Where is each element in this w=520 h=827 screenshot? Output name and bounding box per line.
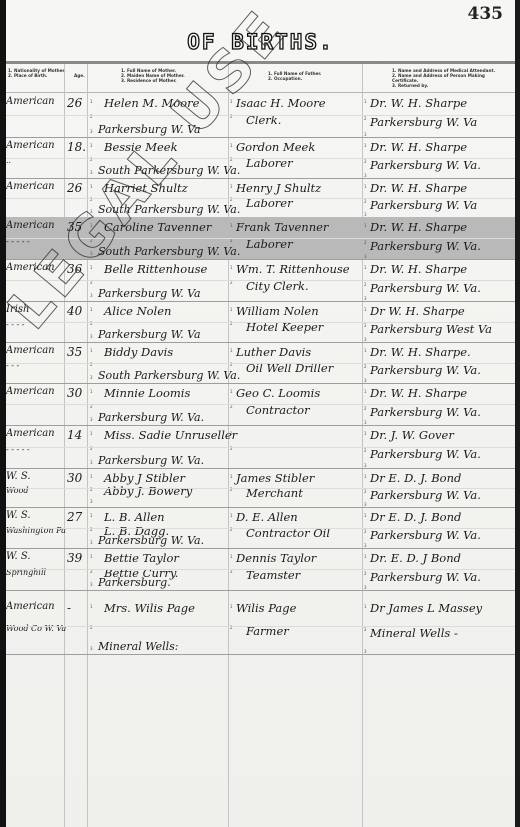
mother-name-cell: Alice Nolen (104, 304, 171, 318)
father-name-cell: Isaac H. Moore (236, 96, 326, 110)
residence-cell: Parkersburg W. Va (98, 328, 201, 341)
attendant-cell: Dr. W. H. Sharpe (370, 181, 467, 195)
line-number-marker: 1 (230, 265, 233, 270)
attendant-cell: Dr. W. H. Sharpe (370, 262, 467, 276)
residence-cell: South Parkersburg W. Va. (98, 164, 240, 177)
occupation-cell: Contractor (246, 403, 310, 417)
occupation-cell: Laborer (246, 237, 293, 251)
line-number-marker: 3 (90, 170, 93, 175)
header-attendant: 1. Name and Address of Medical Attendant… (392, 68, 512, 88)
line-number-marker: 2 (364, 323, 367, 328)
line-number-marker: 1 (230, 554, 233, 559)
header-mother: 1. Full Name of Mother. 2. Maiden Name o… (121, 68, 231, 83)
line-number-marker: 1 (230, 604, 233, 609)
birth-record-row: American..18.Bessie MeekSouth Parkersbur… (6, 137, 515, 179)
age-cell: 26 (67, 96, 82, 110)
scan-right-edge (515, 0, 520, 827)
attendant-address-cell: Parkersburg W. Va. (370, 363, 481, 377)
nationality-cell: American (6, 96, 55, 107)
attendant-cell: Dr. W. H. Sharpe. (370, 345, 471, 359)
line-number-marker: 1 (230, 307, 233, 312)
attendant-cell: Dr. J. W. Gover (370, 428, 454, 442)
father-name-cell: James Stibler (236, 471, 314, 485)
age-cell: 26 (67, 181, 82, 195)
line-number-marker: 3 (364, 585, 367, 590)
mother-name-cell: Miss. Sadie Unruseller (104, 428, 237, 442)
father-name-cell: William Nolen (236, 304, 319, 318)
line-number-marker: 2 (364, 529, 367, 534)
birth-record-row: American30Minnie LoomisParkersburg W. Va… (6, 383, 515, 426)
line-number-marker: 1 (364, 99, 367, 104)
mother-name-cell: Bessie Meek (104, 140, 178, 154)
ruled-line (6, 158, 515, 159)
attendant-cell: Dr E. D. J. Bond (370, 510, 461, 524)
line-number-marker: 2 (364, 116, 367, 121)
residence-cell: South Parkersburg W. Va. (98, 245, 240, 258)
nationality-cell: American (6, 601, 55, 612)
line-number-marker: 1 (90, 223, 93, 228)
ruled-line (6, 488, 515, 489)
age-cell: 30 (67, 386, 82, 400)
line-number-marker: 1 (90, 554, 93, 559)
line-number-marker: 3 (90, 209, 93, 214)
line-number-marker: 1 (90, 513, 93, 518)
header-nationality: 1. Nationality of Mother. 2. Place of Bi… (8, 68, 66, 78)
header-age: Age. (74, 73, 92, 78)
age-cell: 40 (67, 304, 82, 318)
mother-name-cell: Belle Rittenhouse (104, 262, 207, 276)
birth-record-row: AmericanWood Co W. Va-Mrs. Wilis PageMin… (6, 598, 515, 655)
column-header-row: 1. Nationality of Mother. 2. Place of Bi… (6, 64, 515, 93)
birth-record-row: American- - - - -14Miss. Sadie Unruselle… (6, 425, 515, 469)
register-page: 435 OF BIRTHS. 1. Nationality of Mother.… (6, 0, 515, 827)
mother-name-cell: Biddy Davis (104, 345, 173, 359)
attendant-cell: Dr. W. H. Sharpe (370, 220, 467, 234)
ruled-line (6, 447, 515, 448)
line-number-marker: 3 (90, 251, 93, 256)
line-number-marker: 1 (364, 184, 367, 189)
maiden-name-cell: Abby J. Bowery (104, 484, 192, 498)
mother-name-cell: Harriet Shultz (104, 181, 188, 195)
line-number-marker: 1 (90, 307, 93, 312)
mother-name-cell: Bettie Taylor (104, 551, 179, 565)
age-cell: 27 (67, 510, 82, 524)
page-number: 435 (468, 4, 504, 24)
father-name-cell: Gordon Meek (236, 140, 315, 154)
age-cell: 39 (67, 551, 82, 565)
line-number-marker: 1 (364, 431, 367, 436)
line-number-marker: 1 (230, 513, 233, 518)
line-number-marker: 1 (90, 348, 93, 353)
birth-record-row: American26Helen M. MooreParkersburg W. V… (6, 93, 515, 138)
birth-record-row: Irish- - - -40Alice NolenParkersburg W. … (6, 301, 515, 343)
father-name-cell: Dennis Taylor (236, 551, 316, 565)
ruled-line (6, 115, 515, 116)
line-number-marker: 3 (90, 417, 93, 422)
line-number-marker: 2 (364, 364, 367, 369)
line-number-marker: 1 (364, 223, 367, 228)
residence-cell: Mineral Wells: (98, 640, 179, 653)
age-cell: 35 (67, 345, 82, 359)
attendant-address-cell: Parkersburg W. Va (370, 115, 477, 129)
ruled-line (6, 198, 515, 199)
age-cell: 30 (67, 471, 82, 485)
residence-cell: Parkersburg W. Va. (98, 454, 204, 467)
line-number-marker: 2 (364, 448, 367, 453)
line-number-marker: 1 (230, 474, 233, 479)
line-number-marker: 1 (90, 184, 93, 189)
line-number-marker: 1 (90, 99, 93, 104)
attendant-address-cell: Parkersburg W. Va. (370, 528, 481, 542)
father-name-cell: D. E. Allen (236, 510, 298, 524)
attendant-address-cell: Parkersburg W. Va (370, 198, 477, 212)
line-number-marker: 2 (364, 406, 367, 411)
nationality-cell: American (6, 386, 55, 397)
line-number-marker: 3 (364, 649, 367, 654)
residence-cell: South Parkersburg W. Va. (98, 203, 240, 216)
line-number-marker: 3 (90, 499, 93, 504)
line-number-marker: 1 (364, 265, 367, 270)
nationality-cell: American (6, 140, 55, 151)
age-cell: 18. (67, 140, 86, 154)
attendant-address-cell: Parkersburg W. Va. (370, 447, 481, 461)
line-number-marker: 2 (364, 240, 367, 245)
father-name-cell: Frank Tavenner (236, 220, 328, 234)
line-number-marker: 1 (230, 431, 233, 436)
line-number-marker: 3 (90, 460, 93, 465)
line-number-marker: 1 (364, 474, 367, 479)
nationality-cell: W. S. (6, 551, 31, 562)
line-number-marker: 1 (364, 307, 367, 312)
line-number-marker: 2 (364, 489, 367, 494)
line-number-marker: 1 (364, 348, 367, 353)
nationality-cell: American (6, 220, 55, 231)
birth-record-row: American26Harriet ShultzSouth Parkersbur… (6, 178, 515, 218)
line-number-marker: 1 (90, 604, 93, 609)
residence-cell: Parkersburg W. Va (98, 287, 201, 300)
attendant-cell: Dr. W. H. Sharpe (370, 96, 467, 110)
line-number-marker: 3 (90, 582, 93, 587)
age-cell: 14 (67, 428, 82, 442)
mother-name-cell: L. B. Allen (104, 510, 165, 524)
ruled-line (6, 363, 515, 364)
nationality-cell: American (6, 428, 55, 439)
age-cell: 36 (67, 262, 82, 276)
line-number-marker: 1 (90, 474, 93, 479)
line-number-marker: 3 (90, 129, 93, 134)
line-number-marker: 3 (90, 293, 93, 298)
residence-cell: Parkersburg. (98, 576, 171, 589)
attendant-cell: Dr James L Massey (370, 601, 482, 615)
attendant-address-cell: Parkersburg W. Va. (370, 570, 481, 584)
residence-cell: Parkersburg W. Va. (98, 534, 204, 547)
line-number-marker: 1 (90, 143, 93, 148)
line-number-marker: 1 (230, 143, 233, 148)
line-number-marker: 1 (90, 431, 93, 436)
line-number-marker: 2 (364, 571, 367, 576)
attendant-address-cell: Parkersburg W. Va. (370, 239, 481, 253)
nationality-cell: W. S. (6, 471, 31, 482)
line-number-marker: 1 (364, 604, 367, 609)
residence-cell: Parkersburg W. Va (98, 123, 201, 136)
father-name-cell: Geo C. Loomis (236, 386, 320, 400)
line-number-marker: 1 (364, 513, 367, 518)
residence-cell: South Parkersburg W. Va. (98, 369, 240, 382)
attendant-cell: Dr. E. D. J Bond (370, 551, 461, 565)
line-number-marker: 1 (230, 389, 233, 394)
line-number-marker: 2 (364, 282, 367, 287)
attendant-address-cell: Parkersburg W. Va. (370, 488, 481, 502)
nationality-cell: W. S. (6, 510, 31, 521)
line-number-marker: 3 (90, 540, 93, 545)
attendant-address-cell: Mineral Wells - (370, 626, 458, 640)
mother-name-cell: Minnie Loomis (104, 386, 190, 400)
line-number-marker: 1 (90, 265, 93, 270)
line-number-marker: 1 (364, 143, 367, 148)
nationality-cell: American (6, 262, 55, 273)
line-number-marker: 3 (90, 646, 93, 651)
attendant-address-cell: Parkersburg W. Va. (370, 158, 481, 172)
line-number-marker: 3 (90, 375, 93, 380)
father-name-cell: Wm. T. Rittenhouse (236, 262, 350, 276)
attendant-cell: Dr E. D. J. Bond (370, 471, 461, 485)
page-title: OF BIRTHS. (6, 30, 515, 54)
age-cell: - (67, 601, 71, 615)
attendant-cell: Dr. W. H. Sharpe (370, 140, 467, 154)
birth-record-row: American36Belle RittenhouseParkersburg W… (6, 259, 515, 302)
father-name-cell: Wilis Page (236, 601, 296, 615)
residence-cell: Parkersburg W. Va. (98, 411, 204, 424)
age-cell: 35 (67, 220, 82, 234)
attendant-address-cell: Parkersburg West Va (370, 322, 492, 336)
mother-name-cell: Caroline Tavenner (104, 220, 211, 234)
line-number-marker: 2 (364, 627, 367, 632)
father-name-cell: Henry J Shultz (236, 181, 321, 195)
line-number-marker: 2 (364, 159, 367, 164)
birth-record-row: American- - -35Biddy DavisSouth Parkersb… (6, 342, 515, 384)
mother-name-cell: Abby J Stibler (104, 471, 185, 485)
line-number-marker: 1 (230, 184, 233, 189)
occupation-cell: City Clerk. (246, 279, 309, 293)
line-number-marker: 2 (364, 199, 367, 204)
ruled-line (6, 528, 515, 529)
ruled-line (6, 404, 515, 405)
header-father: 1. Full Name of Father. 2. Occupation. (268, 71, 363, 81)
ruled-line (6, 569, 515, 570)
ruled-line (6, 626, 515, 627)
ruled-line (6, 238, 515, 239)
ruled-line (6, 280, 515, 281)
line-number-marker: 1 (364, 554, 367, 559)
mother-name-cell: Mrs. Wilis Page (104, 601, 195, 615)
ruled-line (6, 322, 515, 323)
line-number-marker: 3 (90, 334, 93, 339)
birth-record-row: W. S.Wood30Abby J StiblerAbby J. BoweryJ… (6, 468, 515, 508)
line-number-marker: 1 (364, 389, 367, 394)
attendant-cell: Dr. W. H. Sharpe (370, 386, 467, 400)
line-number-marker: 1 (230, 99, 233, 104)
line-number-marker: 1 (90, 389, 93, 394)
attendant-address-cell: Parkersburg W. Va. (370, 281, 481, 295)
birth-record-row: W. S.Springhill39Bettie TaylorBettie Cur… (6, 548, 515, 591)
nationality-cell: Irish (6, 304, 30, 315)
mother-name-cell: Helen M. Moore (104, 96, 199, 110)
birth-record-row: American- - - - -35Caroline TavennerSout… (6, 217, 515, 260)
father-name-cell: Luther Davis (236, 345, 311, 359)
line-number-marker: 1 (230, 348, 233, 353)
birth-record-row: W. S.Washington Pa27L. B. AllenL. B. Dag… (6, 507, 515, 549)
attendant-cell: Dr W. H. Sharpe (370, 304, 465, 318)
nationality-cell: American (6, 181, 55, 192)
line-number-marker: 1 (230, 223, 233, 228)
occupation-cell: Teamster (246, 568, 300, 582)
attendant-address-cell: Parkersburg W. Va. (370, 405, 481, 419)
nationality-cell: American (6, 345, 55, 356)
